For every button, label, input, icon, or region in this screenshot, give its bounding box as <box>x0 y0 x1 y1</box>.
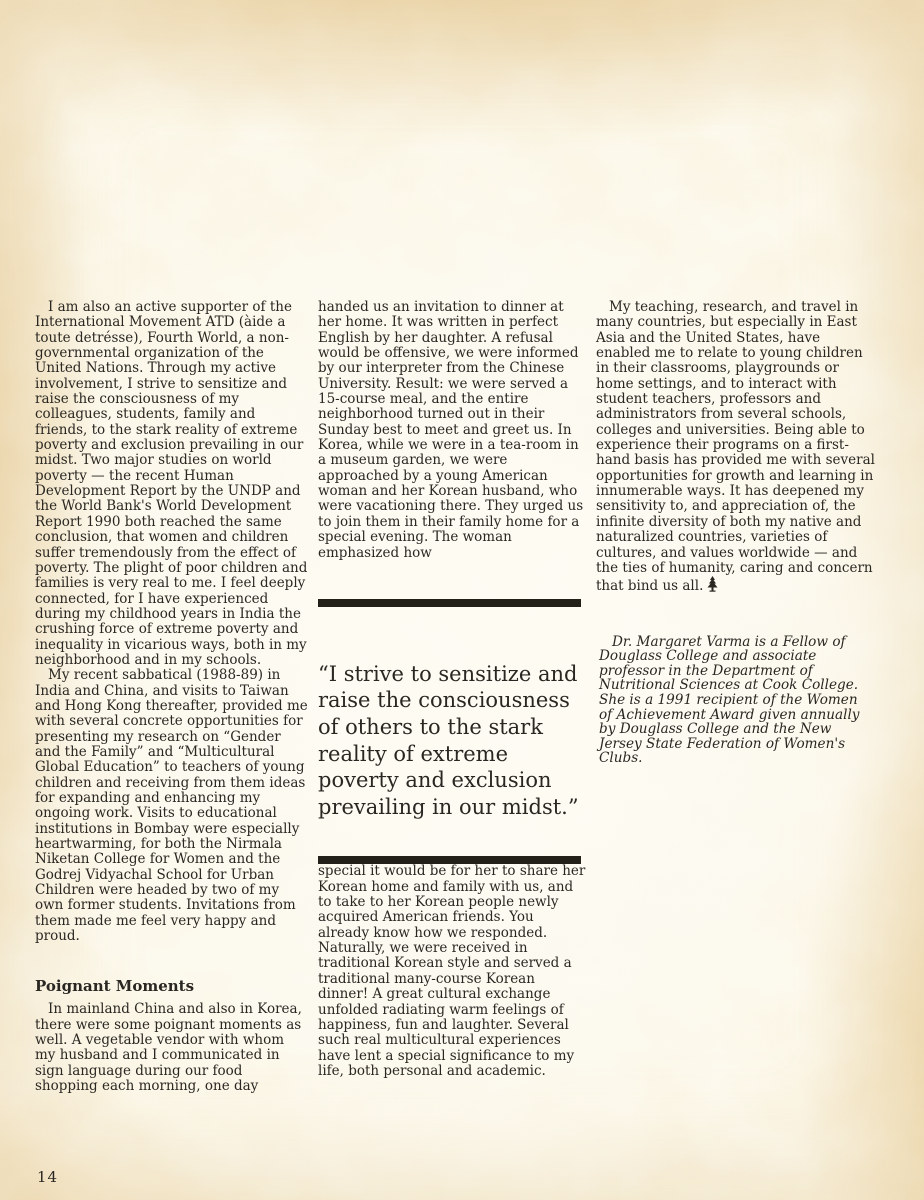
article-content: I am also an active supporter of the Int… <box>0 0 924 1200</box>
paragraph: I am also an active supporter of the Int… <box>35 300 308 668</box>
paragraph: special it would be for her to share her… <box>318 864 586 1079</box>
paragraph: My teaching, research, and travel in man… <box>596 300 876 595</box>
pull-quote-text: “I strive to sensitize and raise the con… <box>318 607 584 857</box>
paragraph-text: My teaching, research, and travel in man… <box>596 299 875 594</box>
pine-tree-end-mark-icon <box>707 576 718 592</box>
article-column-2: handed us an invitation to dinner at her… <box>318 300 586 1079</box>
paragraph: In mainland China and also in Korea, the… <box>35 1002 308 1094</box>
paragraph: My recent sabbatical (1988-89) in India … <box>35 668 308 944</box>
author-bio: Dr. Margaret Varma is a Fellow of Dougla… <box>599 635 871 766</box>
paragraph: handed us an invitation to dinner at her… <box>318 300 586 561</box>
pull-quote-block: “I strive to sensitize and raise the con… <box>318 599 586 865</box>
pull-quote-top-rule <box>318 599 581 607</box>
article-column-3: My teaching, research, and travel in man… <box>596 300 876 766</box>
article-column-1: I am also an active supporter of the Int… <box>35 300 308 1095</box>
magazine-page: I am also an active supporter of the Int… <box>0 0 924 1200</box>
page-number: 14 <box>37 1168 58 1186</box>
section-heading: Poignant Moments <box>35 977 308 995</box>
